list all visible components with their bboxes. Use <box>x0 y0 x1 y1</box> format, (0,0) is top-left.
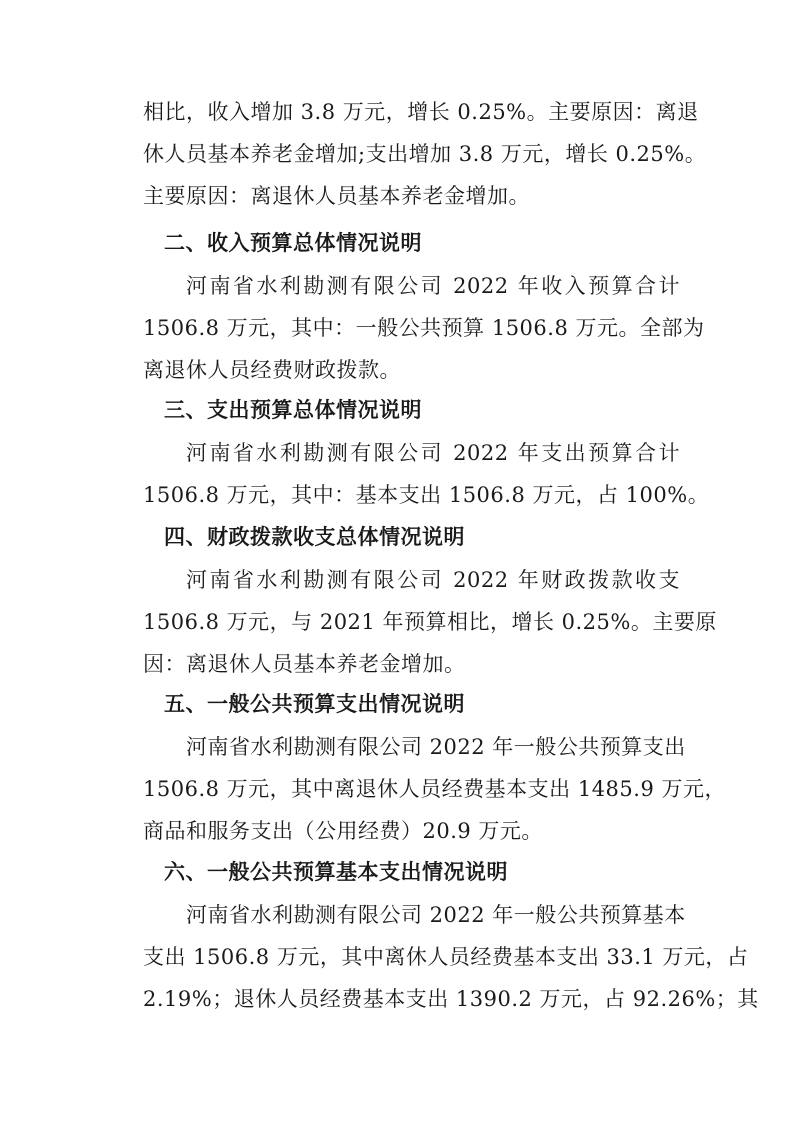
section-basic-expenditure-line-1: 河南省水利勘测有限公司 2022 年一般公共预算基本 <box>186 901 680 929</box>
section-general-budget-line-1: 河南省水利勘测有限公司 2022 年一般公共预算支出 <box>186 733 680 761</box>
section-general-budget-line-2: 1506.8 万元，其中离退休人员经费基本支出 1485.9 万元， <box>143 775 680 803</box>
section-fiscal-line-2: 1506.8 万元，与 2021 年预算相比，增长 0.25%。主要原 <box>143 608 680 636</box>
section-heading-fiscal: 四、财政拨款收支总体情况说明 <box>164 523 465 551</box>
section-income-line-2: 1506.8 万元，其中：一般公共预算 1506.8 万元。全部为 <box>143 314 680 342</box>
section-expenditure-line-2: 1506.8 万元，其中：基本支出 1506.8 万元，占 100%。 <box>143 481 680 509</box>
section-income-line-3: 离退休人员经费财政拨款。 <box>143 356 680 384</box>
section-fiscal-line-3: 因：离退休人员基本养老金增加。 <box>143 650 680 678</box>
section-income-line-1: 河南省水利勘测有限公司 2022 年收入预算合计 <box>186 272 680 300</box>
section-heading-expenditure: 三、支出预算总体情况说明 <box>164 396 422 424</box>
section-basic-expenditure-line-3: 2.19%；退休人员经费基本支出 1390.2 万元，占 92.26%；其 <box>143 985 680 1013</box>
section-basic-expenditure-line-2: 支出 1506.8 万元，其中离休人员经费基本支出 33.1 万元，占 <box>143 943 680 971</box>
intro-line-1: 相比，收入增加 3.8 万元，增长 0.25%。主要原因：离退 <box>143 98 680 126</box>
section-general-budget-line-3: 商品和服务支出（公用经费）20.9 万元。 <box>143 817 680 845</box>
intro-line-2: 休人员基本养老金增加;支出增加 3.8 万元，增长 0.25%。 <box>143 140 680 168</box>
section-heading-basic-expenditure: 六、一般公共预算基本支出情况说明 <box>164 858 508 886</box>
section-heading-general-budget: 五、一般公共预算支出情况说明 <box>164 690 465 718</box>
intro-line-3: 主要原因：离退休人员基本养老金增加。 <box>143 182 680 210</box>
section-heading-income: 二、收入预算总体情况说明 <box>164 229 422 257</box>
section-fiscal-line-1: 河南省水利勘测有限公司 2022 年财政拨款收支 <box>186 566 680 594</box>
section-expenditure-line-1: 河南省水利勘测有限公司 2022 年支出预算合计 <box>186 439 680 467</box>
document-page: 相比，收入增加 3.8 万元，增长 0.25%。主要原因：离退 休人员基本养老金… <box>0 0 800 1131</box>
